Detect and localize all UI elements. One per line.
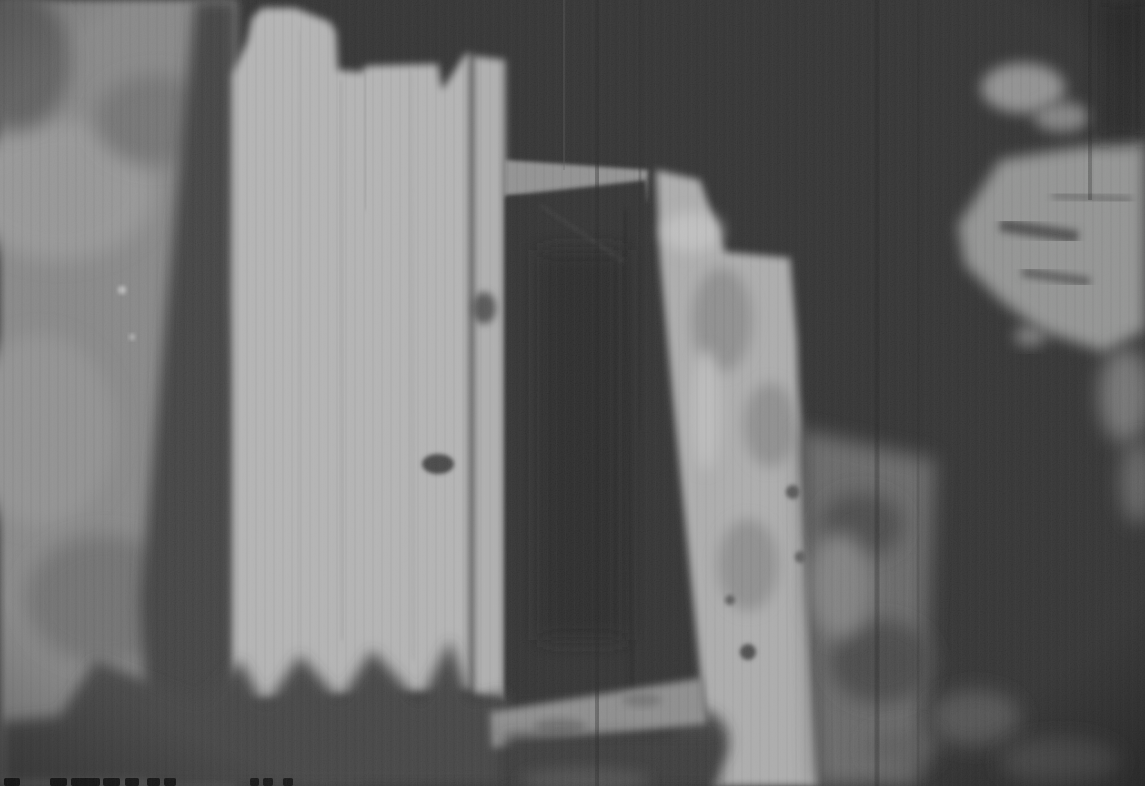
- film-frame: [0, 0, 1145, 786]
- vignette-overlay: [0, 0, 1145, 786]
